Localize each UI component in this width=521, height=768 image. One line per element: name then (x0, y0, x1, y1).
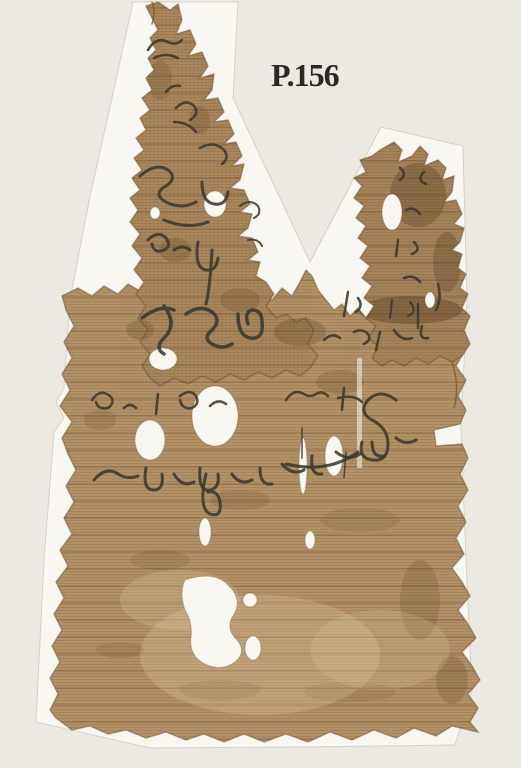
catalog-label: P.156 (271, 57, 339, 94)
papyrus-photo (0, 0, 521, 768)
papyrus-scan-page: P.156 (0, 0, 521, 768)
